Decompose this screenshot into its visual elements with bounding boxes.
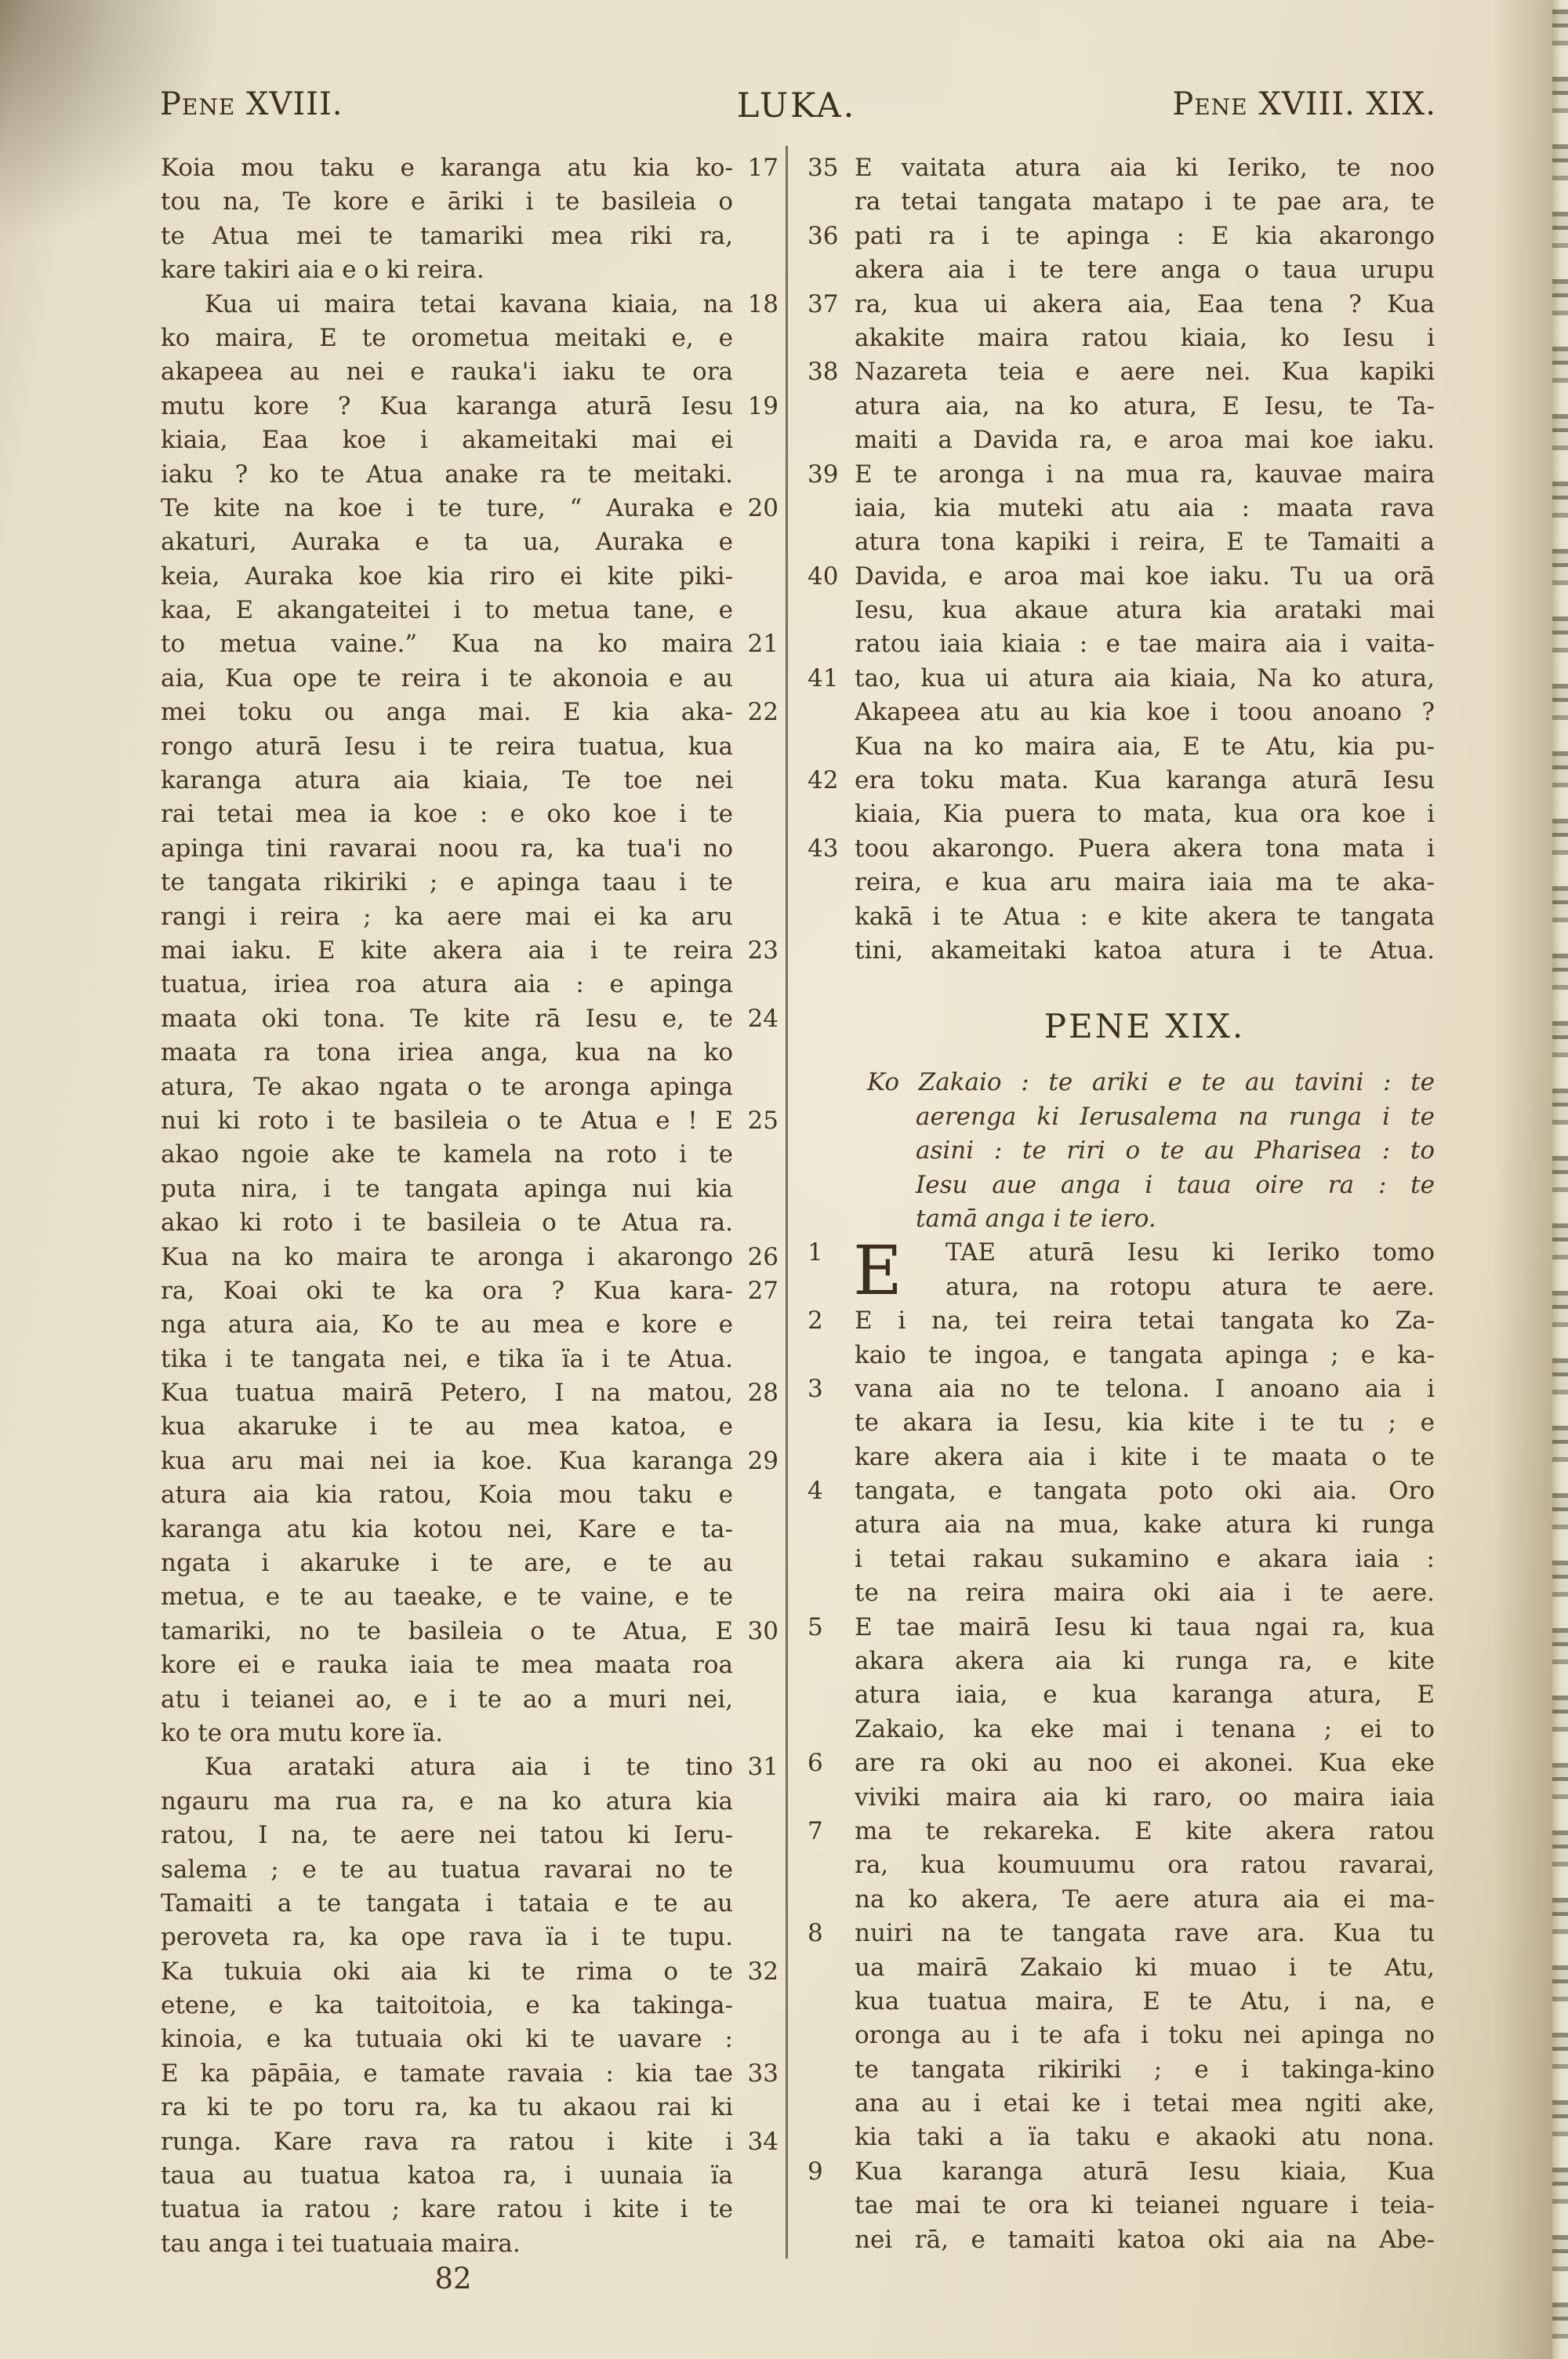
text-line: Kua na ko maira te aronga i akarongo [161, 1241, 733, 1274]
verse-number: 23 [733, 934, 779, 968]
text-line-row: salema ; e te au tuatua ravarai no te [161, 1853, 779, 1887]
text-line: nga atura aia, Ko te au mea e kore e [161, 1308, 733, 1342]
text-line: tamā anga i te iero. [855, 1202, 1435, 1236]
text-line: akaturi, Auraka e ta ua, Auraka e [161, 525, 733, 559]
text-line-row: 35E vaitata atura aia ki Ieriko, te noo [801, 151, 1435, 185]
verse-number: 22 [733, 696, 779, 729]
text-line-row: keia, Auraka koe kia riro ei kite piki- [161, 560, 779, 594]
text-line-row: kare akera aia i kite i te maata o te [801, 1441, 1435, 1474]
text-line-row: tuatua, iriea roa atura aia : e apinga [161, 968, 779, 1001]
text-line-row: ko maira, E te orometua meitaki e, e [161, 322, 779, 355]
text-line: ra, Koai oki te ka ora ? Kua kara- [161, 1274, 733, 1308]
text-line-row: tau anga i tei tuatuaia maira. [161, 2227, 779, 2261]
verse-number: 5 [801, 1611, 855, 1645]
verse-number [801, 322, 855, 355]
text-line: E tae mairā Iesu ki taua ngai ra, kua [855, 1611, 1435, 1645]
verse-number [801, 525, 855, 559]
text-line-row: rai tetai mea ia koe : e oko koe i te [161, 798, 779, 831]
text-line-row: oronga au i te afa i toku nei apinga no [801, 2019, 1435, 2052]
verse-number [801, 1781, 855, 1815]
text-line: atura iaia, e kua karanga atura, E [855, 1678, 1435, 1712]
text-line-row: Ka tukuia oki aia ki te rima o te32 [161, 1955, 779, 1989]
text-line: rai tetai mea ia koe : e oko koe i te [161, 798, 733, 831]
text-line: tika i te tangata nei, e tika ïa i te At… [161, 1343, 733, 1376]
text-line-row: tuatua ia ratou ; kare ratou i kite i te [161, 2193, 779, 2226]
text-line: iaku ? ko te Atua anake ra te meitaki. [161, 458, 733, 492]
text-line: mutu kore ? Kua karanga aturā Iesu [161, 390, 733, 423]
text-line: kore ei e rauka iaia te mea maata roa [161, 1648, 733, 1682]
text-line: tou na, Te kore e āriki i te basileia o [161, 185, 733, 219]
text-line: aerenga ki Ierusalema na runga i te [855, 1100, 1435, 1134]
verse-number: 7 [801, 1815, 855, 1848]
drop-cap-letter: E [853, 1240, 902, 1303]
text-line-row: iaia, kia muteki atu aia : maata rava [801, 492, 1435, 525]
text-line-row: na ko akera, Te aere atura aia ei ma- [801, 1883, 1435, 1917]
text-line-row: iaku ? ko te Atua anake ra te meitaki. [161, 458, 779, 492]
text-line-row: Kua tuatua mairā Petero, I na matou,28 [161, 1376, 779, 1410]
text-line: atura aia, na ko atura, E Iesu, te Ta- [855, 390, 1435, 423]
verse-number [733, 322, 779, 355]
text-line-row: tae mai te ora ki teianei nguare i teia- [801, 2189, 1435, 2223]
text-line-row: ko te ora mutu kore ïa. [161, 1717, 779, 1750]
text-line-row: te akara ia Iesu, kia kite i te tu ; e [801, 1406, 1435, 1440]
verse-number: 28 [733, 1376, 779, 1410]
verse-number: 2 [801, 1304, 855, 1338]
text-line: i tetai rakau sukamino e akara iaia : [855, 1543, 1435, 1576]
verse-number: 4 [801, 1474, 855, 1508]
running-head-left: Pene XVIII. [160, 86, 343, 122]
text-line: atura aia kia ratou, Koia mou taku e [161, 1478, 733, 1512]
text-line-row: Ko Zakaio : te ariki e te au tavini : te [801, 1066, 1435, 1100]
text-line-row: Tamaiti a te tangata i tataia e te au [161, 1887, 779, 1921]
text-line-row: Zakaio, ka eke mai i tenana ; ei to [801, 1713, 1435, 1747]
verse-number: 17 [733, 151, 779, 185]
text-line-row: Koia mou taku e karanga atu kia ko-17 [161, 151, 779, 185]
text-line: Koia mou taku e karanga atu kia ko- [161, 151, 733, 185]
page-number: 82 [336, 2262, 571, 2295]
text-line: akao ki roto i te basileia o te Atua ra. [161, 1206, 733, 1240]
verse-number [801, 390, 855, 423]
text-line-row: akakite maira ratou kiaia, ko Iesu i [801, 322, 1435, 355]
text-line-row: 9Kua karanga aturā Iesu kiaia, Kua [801, 2155, 1435, 2189]
running-head-right: Pene XVIII. XIX. [1172, 86, 1436, 122]
text-line: vana aia no te telona. I anoano aia i [855, 1372, 1435, 1406]
text-line-row: tamā anga i te iero. [801, 1202, 1435, 1236]
verse-number [733, 1547, 779, 1580]
text-line-row: atura aia kia ratou, Koia mou taku e [161, 1478, 779, 1512]
verse-number [733, 900, 779, 934]
text-line: TAE aturā Iesu ki Ieriko tomo [855, 1236, 1435, 1270]
text-line: te tangata rikiriki ; e i takinga-kino [855, 2053, 1435, 2087]
text-line-row: viviki maira aia ki raro, oo maira iaia [801, 1781, 1435, 1815]
text-line-row: kua aru mai nei ia koe. Kua karanga29 [161, 1445, 779, 1478]
verse-number [801, 2189, 855, 2223]
text-line: oronga au i te afa i toku nei apinga no [855, 2019, 1435, 2052]
verse-number [801, 185, 855, 219]
gutter-shadow [1493, 0, 1555, 2359]
text-line-row: maata oki tona. Te kite rā Iesu e, te24 [161, 1002, 779, 1036]
verse-number [733, 866, 779, 900]
text-line-row: i tetai rakau sukamino e akara iaia : [801, 1543, 1435, 1576]
text-line: viviki maira aia ki raro, oo maira iaia [855, 1781, 1435, 1815]
verse-number [801, 1951, 855, 1985]
text-line-row: karanga atu kia kotou nei, Kare e ta- [161, 1513, 779, 1547]
text-line: atura aia na mua, kake atura ki runga [855, 1508, 1435, 1542]
verse-number: 32 [733, 1955, 779, 1989]
text-line-row: ra ki te po toru ra, ka tu akaou rai ki [161, 2091, 779, 2125]
text-line: keia, Auraka koe kia riro ei kite piki- [161, 560, 733, 594]
text-line-row: 39E te aronga i na mua ra, kauvae maira [801, 458, 1435, 492]
verse-number [733, 1921, 779, 1954]
text-line-row: ana au i etai ke i tetai mea ngiti ake, [801, 2087, 1435, 2121]
verse-number [733, 2227, 779, 2261]
text-line: runga. Kare rava ra ratou i kite i [161, 2125, 733, 2159]
running-head-center: LUKA. [737, 86, 857, 125]
text-line-row: ra, kua koumuumu ora ratou ravarai, [801, 1848, 1435, 1882]
verse-number [733, 764, 779, 798]
verse-number [733, 185, 779, 219]
text-line: Te kite na koe i te ture, “ Auraka e [161, 492, 733, 525]
text-line: kakā i te Atua : e kite akera te tangata [855, 900, 1435, 934]
verse-number: 27 [733, 1274, 779, 1308]
text-line: ua mairā Zakaio ki muao i te Atu, [855, 1951, 1435, 1985]
verse-number: 30 [733, 1615, 779, 1648]
text-line: kua akaruke i te au mea katoa, e [161, 1410, 733, 1444]
text-line-row: rongo aturā Iesu i te reira tuatua, kua [161, 730, 779, 764]
text-line: te na reira maira oki aia i te aere. [855, 1576, 1435, 1610]
verse-number [733, 2193, 779, 2226]
verse-number [733, 1580, 779, 1614]
verse-number [801, 1339, 855, 1372]
text-line: karanga atura aia kiaia, Te toe nei [161, 764, 733, 798]
text-line-row: kaa, E akangateitei i to metua tane, e [161, 594, 779, 627]
text-line-row: puta nira, i te tangata apinga nui kia [161, 1172, 779, 1206]
verse-number: 6 [801, 1747, 855, 1780]
text-line: ma te rekareka. E kite akera ratou [855, 1815, 1435, 1848]
text-line: peroveta ra, ka ope rava ïa i te tupu. [161, 1921, 733, 1954]
column-divider-rule [786, 146, 788, 2259]
text-line: reira, e kua aru maira iaia ma te aka- [855, 866, 1435, 900]
text-line: nei rā, e tamaiti katoa oki aia na Abe- [855, 2223, 1435, 2257]
verse-number [801, 1270, 855, 1304]
text-line: pati ra i te apinga : E kia akarongo [855, 220, 1435, 253]
text-line-row: tou na, Te kore e āriki i te basileia o [161, 185, 779, 219]
verse-number [733, 1648, 779, 1682]
text-line-row: to metua vaine.” Kua na ko maira21 [161, 627, 779, 661]
text-line-row: Te kite na koe i te ture, “ Auraka e20 [161, 492, 779, 525]
text-line-row: atura iaia, e kua karanga atura, E [801, 1678, 1435, 1712]
text-line: atura tona kapiki i reira, E te Tamaiti … [855, 525, 1435, 559]
text-line: kiaia, Kia puera to mata, kua ora koe i [855, 798, 1435, 831]
text-line-row: taua au tuatua katoa ra, i uunaia ïa [161, 2159, 779, 2193]
verse-number [733, 798, 779, 831]
text-line: taua au tuatua katoa ra, i uunaia ïa [161, 2159, 733, 2193]
text-line-row: kare takiri aia e o ki reira. [161, 253, 779, 287]
text-line-row: akera aia i te tere anga o taua urupu [801, 253, 1435, 287]
text-line-row: nei rā, e tamaiti katoa oki aia na Abe- [801, 2223, 1435, 2257]
verse-number [733, 1308, 779, 1342]
text-line: metua, e te au taeake, e te vaine, e te [161, 1580, 733, 1614]
text-line: aia, Kua ope te reira i te akonoia e au [161, 662, 733, 696]
text-line-row: kinoia, e ka tutuaia oki ki te uavare : [161, 2023, 779, 2056]
text-line: ra, kua koumuumu ora ratou ravarai, [855, 1848, 1435, 1882]
text-line-row: kia taki a ïa taku e akaoki atu nona. [801, 2121, 1435, 2154]
text-line-row: 4tangata, e tangata poto oki aia. Oro [801, 1474, 1435, 1508]
text-line-row: te tangata rikiriki ; e i takinga-kino [801, 2053, 1435, 2087]
verse-number [801, 423, 855, 457]
text-line: Kua arataki atura aia i te tino [161, 1750, 733, 1784]
text-line-row: asini : te riri o te au Pharisea : to [801, 1134, 1435, 1168]
text-line: Ko Zakaio : te ariki e te au tavini : te [855, 1066, 1435, 1100]
verse-number [733, 1717, 779, 1750]
text-line-row: 7ma te rekareka. E kite akera ratou [801, 1815, 1435, 1848]
verse-number [733, 1036, 779, 1070]
book-page: Pene XVIII. LUKA. Pene XVIII. XIX. Koia … [0, 0, 1568, 2359]
verse-number [801, 934, 855, 968]
text-line: puta nira, i te tangata apinga nui kia [161, 1172, 733, 1206]
text-line-row: Iesu aue anga i taua oire ra : te [801, 1169, 1435, 1202]
text-line-row: akao ngoie ake te kamela na roto i te [161, 1138, 779, 1172]
verse-number [801, 1169, 855, 1202]
text-line: tau anga i tei tuatuaia maira. [161, 2227, 733, 2261]
text-line-row: 37ra, kua ui akera aia, Eaa tena ? Kua [801, 288, 1435, 322]
verse-number [801, 1406, 855, 1440]
text-line: rangi i reira ; ka aere mai ei ka aru [161, 900, 733, 934]
verse-number [801, 1441, 855, 1474]
text-line: kare takiri aia e o ki reira. [161, 253, 733, 287]
text-line: kaio te ingoa, e tangata apinga ; e ka- [855, 1339, 1435, 1372]
text-line: Kua tuatua mairā Petero, I na matou, [161, 1376, 733, 1410]
text-line-row: 38Nazareta teia e aere nei. Kua kapiki [801, 355, 1435, 389]
text-line: to metua vaine.” Kua na ko maira [161, 627, 733, 661]
text-line: Akapeea atu au kia koe i toou anoano ? [855, 696, 1435, 729]
text-line: mei toku ou anga mai. E kia aka- [161, 696, 733, 729]
text-line: akera aia i te tere anga o taua urupu [855, 253, 1435, 287]
verse-number: 29 [733, 1445, 779, 1478]
text-line: maiti a Davida ra, e aroa mai koe iaku. [855, 423, 1435, 457]
text-line-row: metua, e te au taeake, e te vaine, e te [161, 1580, 779, 1614]
text-line: akakite maira ratou kiaia, ko Iesu i [855, 322, 1435, 355]
text-line: E te aronga i na mua ra, kauvae maira [855, 458, 1435, 492]
chapter-summary-block: Ko Zakaio : te ariki e te au tavini : te… [801, 1066, 1435, 1236]
text-line-row: 41tao, kua ui atura aia kiaia, Na ko atu… [801, 662, 1435, 696]
verse-number [733, 1343, 779, 1376]
verse-number [733, 2023, 779, 2056]
text-line-row: tamariki, no te basileia o te Atua, E30 [161, 1615, 779, 1648]
verse-number [733, 1206, 779, 1240]
verse-number [733, 1513, 779, 1547]
text-line-row: atura aia na mua, kake atura ki runga [801, 1508, 1435, 1542]
text-line: are ra oki au noo ei akonei. Kua eke [855, 1747, 1435, 1780]
verse-number [801, 1883, 855, 1917]
text-line: ratou, I na, te aere nei tatou ki Ieru- [161, 1819, 733, 1852]
text-line: era toku mata. Kua karanga aturā Iesu [855, 764, 1435, 798]
text-line-row: akara akera aia ki runga ra, e kite [801, 1645, 1435, 1678]
text-line: tao, kua ui atura aia kiaia, Na ko atura… [855, 662, 1435, 696]
verse-number [733, 1138, 779, 1172]
text-line: ngauru ma rua ra, e na ko atura kia [161, 1785, 733, 1819]
text-line: ko te ora mutu kore ïa. [161, 1717, 733, 1750]
text-line-row: tini, akameitaki katoa atura i te Atua. [801, 934, 1435, 968]
verse-number: 25 [733, 1104, 779, 1138]
text-line: atura, Te akao ngata o te aronga apinga [161, 1070, 733, 1104]
verse-number [733, 458, 779, 492]
text-line: ana au i etai ke i tetai mea ngiti ake, [855, 2087, 1435, 2121]
verse-number: 34 [733, 2125, 779, 2159]
text-line: Ka tukuia oki aia ki te rima o te [161, 1955, 733, 1989]
verse-number [801, 2121, 855, 2154]
verse-number [733, 423, 779, 457]
text-line-row: 42era toku mata. Kua karanga aturā Iesu [801, 764, 1435, 798]
verse-number [801, 1645, 855, 1678]
text-line-row: rangi i reira ; ka aere mai ei ka aru [161, 900, 779, 934]
verse-number: 41 [801, 662, 855, 696]
text-line-row: 8nuiri na te tangata rave ara. Kua tu [801, 1917, 1435, 1950]
text-line: Nazareta teia e aere nei. Kua kapiki [855, 355, 1435, 389]
text-line: ngata i akaruke i te are, e te au [161, 1547, 733, 1580]
text-line: atura, na rotopu atura te aere. [855, 1270, 1435, 1304]
text-line-row: ngauru ma rua ra, e na ko atura kia [161, 1785, 779, 1819]
text-line: kua aru mai nei ia koe. Kua karanga [161, 1445, 733, 1478]
text-line-row: te Atua mei te tamariki mea riki ra, [161, 220, 779, 253]
text-line-row: etene, e ka taitoitoia, e ka takinga- [161, 1989, 779, 2023]
verse-number: 18 [733, 288, 779, 322]
text-line-row: akapeea au nei e rauka'i iaku te ora [161, 355, 779, 389]
verse-number [733, 1989, 779, 2023]
text-line-row: 6are ra oki au noo ei akonei. Kua eke [801, 1747, 1435, 1780]
verse-number [801, 798, 855, 831]
verse-number [801, 594, 855, 627]
text-line: te Atua mei te tamariki mea riki ra, [161, 220, 733, 253]
text-line: ra tetai tangata matapo i te pae ara, te [855, 185, 1435, 219]
verse-number: 37 [801, 288, 855, 322]
text-line-row: 3vana aia no te telona. I anoano aia i [801, 1372, 1435, 1406]
text-line-row: akao ki roto i te basileia o te Atua ra. [161, 1206, 779, 1240]
text-line: akapeea au nei e rauka'i iaku te ora [161, 355, 733, 389]
verse-number: 38 [801, 355, 855, 389]
text-line: na ko akera, Te aere atura aia ei ma- [855, 1883, 1435, 1917]
text-line-row: tika i te tangata nei, e tika ïa i te At… [161, 1343, 779, 1376]
verse-number [733, 1785, 779, 1819]
text-line-row: ra, Koai oki te ka ora ? Kua kara-27 [161, 1274, 779, 1308]
text-line: Iesu aue anga i taua oire ra : te [855, 1169, 1435, 1202]
verse-number [801, 696, 855, 729]
text-line-row: apinga tini ravarai noou ra, ka tua'i no [161, 832, 779, 866]
text-line-row: mei toku ou anga mai. E kia aka-22 [161, 696, 779, 729]
verse-number: 20 [733, 492, 779, 525]
text-line-row: ra tetai tangata matapo i te pae ara, te [801, 185, 1435, 219]
chapter18-end-block: 35E vaitata atura aia ki Ieriko, te noor… [801, 151, 1435, 968]
text-line-row: runga. Kare rava ra ratou i kite i34 [161, 2125, 779, 2159]
text-line: te akara ia Iesu, kia kite i te tu ; e [855, 1406, 1435, 1440]
verse-number: 39 [801, 458, 855, 492]
text-line: E vaitata atura aia ki Ieriko, te noo [855, 151, 1435, 185]
text-line: maata oki tona. Te kite rā Iesu e, te [161, 1002, 733, 1036]
verse-number: 8 [801, 1917, 855, 1950]
text-line-row: 40Davida, e aroa mai koe iaku. Tu ua orā [801, 560, 1435, 594]
text-line: Iesu, kua akaue atura kia arataki mai [855, 594, 1435, 627]
verse-number: 24 [733, 1002, 779, 1036]
text-line-row: mutu kore ? Kua karanga aturā Iesu19 [161, 390, 779, 423]
text-line: ra ki te po toru ra, ka tu akaou rai ki [161, 2091, 733, 2125]
verse-number: 43 [801, 832, 855, 866]
text-line-row: atu i teianei ao, e i te ao a muri nei, [161, 1683, 779, 1717]
verse-number [733, 1887, 779, 1921]
verse-number [733, 253, 779, 287]
text-line: akao ngoie ake te kamela na roto i te [161, 1138, 733, 1172]
text-line-row: aerenga ki Ierusalema na runga i te [801, 1100, 1435, 1134]
text-line: rongo aturā Iesu i te reira tuatua, kua [161, 730, 733, 764]
text-line: ra, kua ui akera aia, Eaa tena ? Kua [855, 288, 1435, 322]
verse-number [733, 832, 779, 866]
verse-number [801, 253, 855, 287]
text-line: Kua na ko maira aia, E te Atu, kia pu- [855, 730, 1435, 764]
text-line: toou akarongo. Puera akera tona mata i [855, 832, 1435, 866]
text-line-row: ua mairā Zakaio ki muao i te Atu, [801, 1951, 1435, 1985]
text-line: kia taki a ïa taku e akaoki atu nona. [855, 2121, 1435, 2154]
text-line-row: 43toou akarongo. Puera akera tona mata i [801, 832, 1435, 866]
text-line-row: kiaia, Kia puera to mata, kua ora koe i [801, 798, 1435, 831]
text-line: tuatua, iriea roa atura aia : e apinga [161, 968, 733, 1001]
text-line: te tangata rikiriki ; e apinga taau i te [161, 866, 733, 900]
verse-number [733, 525, 779, 559]
text-line-row: aia, Kua ope te reira i te akonoia e au [161, 662, 779, 696]
verse-number [733, 355, 779, 389]
chapter-heading: PENE XIX. [855, 1007, 1435, 1045]
left-column: Koia mou taku e karanga atu kia ko-17tou… [161, 151, 779, 2261]
verse-number [733, 968, 779, 1001]
verse-number [733, 1172, 779, 1206]
verse-number [801, 1543, 855, 1576]
text-line-row: ratou iaia kiaia : e tae maira aia i vai… [801, 627, 1435, 661]
text-line-row: kiaia, Eaa koe i akameitaki mai ei [161, 423, 779, 457]
text-line: tuatua ia ratou ; kare ratou i kite i te [161, 2193, 733, 2226]
verse-number [801, 866, 855, 900]
verse-number [801, 1985, 855, 2019]
text-line-row: atura aia, na ko atura, E Iesu, te Ta- [801, 390, 1435, 423]
text-line-row: kua akaruke i te au mea katoa, e [161, 1410, 779, 1444]
verse-number [801, 1066, 855, 1100]
verse-number: 42 [801, 764, 855, 798]
text-line-row: Kua arataki atura aia i te tino31 [161, 1750, 779, 1784]
verse-number [733, 560, 779, 594]
text-line: ko maira, E te orometua meitaki e, e [161, 322, 733, 355]
text-line-row: Kua na ko maira te aronga i akarongo26 [161, 1241, 779, 1274]
text-line: tini, akameitaki katoa atura i te Atua. [855, 934, 1435, 968]
verse-number [733, 1478, 779, 1512]
text-line-row: 5E tae mairā Iesu ki taua ngai ra, kua [801, 1611, 1435, 1645]
verse-number: 33 [733, 2057, 779, 2091]
verse-number [801, 2223, 855, 2257]
text-line-row: nga atura aia, Ko te au mea e kore e [161, 1308, 779, 1342]
right-column: 35E vaitata atura aia ki Ieriko, te noor… [801, 151, 1435, 2257]
verse-number: 21 [733, 627, 779, 661]
verse-number [801, 627, 855, 661]
verse-number [801, 492, 855, 525]
verse-number [801, 1576, 855, 1610]
text-line-row: atura tona kapiki i reira, E te Tamaiti … [801, 525, 1435, 559]
verse-number [733, 2159, 779, 2193]
text-line: ratou iaia kiaia : e tae maira aia i vai… [855, 627, 1435, 661]
text-line-row: kakā i te Atua : e kite akera te tangata [801, 900, 1435, 934]
page-edge-strip [1552, 0, 1568, 2359]
text-line-row: ratou, I na, te aere nei tatou ki Ieru- [161, 1819, 779, 1852]
text-line-row: mai iaku. E kite akera aia i te reira23 [161, 934, 779, 968]
verse-number: 40 [801, 560, 855, 594]
verse-number [801, 1848, 855, 1882]
text-line: etene, e ka taitoitoia, e ka takinga- [161, 1989, 733, 2023]
text-line-row: kua tuatua maira, E te Atu, i na, e [801, 1985, 1435, 2019]
